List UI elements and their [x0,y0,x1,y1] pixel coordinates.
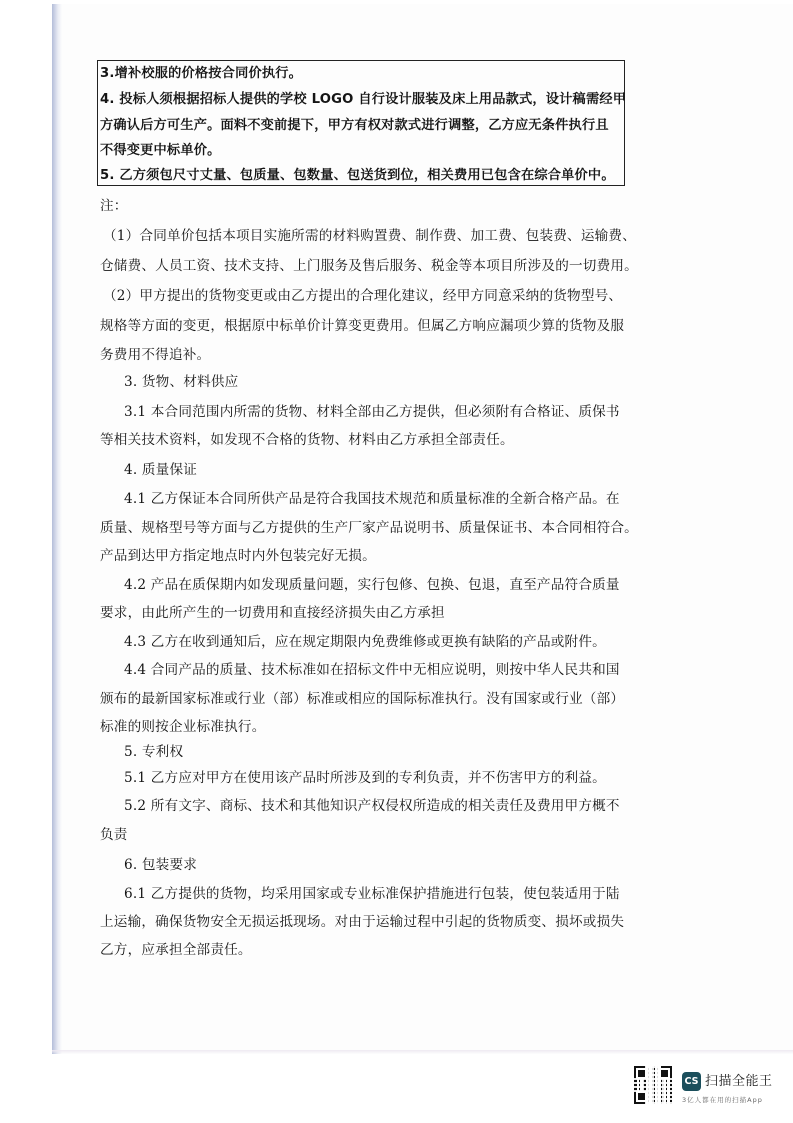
clause-4-1-line2: 质量、规格型号等方面与乙方提供的生产厂家产品说明书、质量保证书、本合同相符合。 [100,520,638,536]
notes-label: 注： [100,198,128,214]
boxed-clause-4-line3: 不得变更中标单价。 [100,143,221,159]
camscanner-watermark: CS 扫描全能王 3亿人都在用的扫描App [634,1066,784,1110]
camscanner-logo-icon: CS [682,1072,701,1091]
clause-4-2-line2: 要求，由此所产生的一切费用和直接经济损失由乙方承担 [100,605,445,621]
clause-4-2-line1: 4.2 产品在质保期内如发现质量问题，实行包修、包换、包退，直至产品符合质量 [124,577,620,593]
clause-5-1: 5.1 乙方应对甲方在使用该产品时所涉及到的专利负责，并不伤害甲方的利益。 [124,770,606,786]
note-2-line1: （2）甲方提出的货物变更或由乙方提出的合理化建议，经甲方同意采纳的货物型号、 [103,288,622,304]
clause-5-2-line1: 5.2 所有文字、商标、技术和其他知识产权侵权所造成的相关责任及费用甲方概不 [124,798,620,814]
clause-6-1-line3: 乙方，应承担全部责任。 [100,942,252,958]
section-3-title: 3. 货物、材料供应 [124,374,238,390]
clause-6-1-line1: 6.1 乙方提供的货物，均采用国家或专业标准保护措施进行包装，使包装适用于陆 [124,886,620,902]
clause-3-1-line2: 等相关技术资料，如发现不合格的货物、材料由乙方承担全部责任。 [100,432,514,448]
page-bottom-edge [52,1050,793,1054]
clause-3-1-line1: 3.1 本合同范围内所需的货物、材料全部由乙方提供，但必须附有合格证、质保书 [124,404,620,420]
note-1-line1: （1）合同单价包括本项目实施所需的材料购置费、制作费、加工费、包装费、运输费、 [103,228,636,244]
boxed-clause-4-line2: 方确认后方可生产。面料不变前提下，甲方有权对款式进行调整，乙方应无条件执行且 [100,118,609,134]
section-6-title: 6. 包装要求 [124,857,197,873]
clause-4-1-line1: 4.1 乙方保证本合同所供产品是符合我国技术规范和质量标准的全新合格产品。在 [124,491,620,507]
clause-4-4-line2: 颁布的最新国家标准或行业（部）标准或相应的国际标准执行。没有国家或行业（部） [100,691,624,707]
section-5-title: 5. 专利权 [124,744,183,760]
note-1-line2: 仓储费、人员工资、技术支持、上门服务及售后服务、税金等本项目所涉及的一切费用。 [100,258,638,274]
section-4-title: 4. 质量保证 [124,462,197,478]
clause-6-1-line2: 上运输，确保货物安全无损运抵现场。对由于运输过程中引起的货物质变、损坏或损失 [100,914,624,930]
boxed-clause-3: 3.增补校服的价格按合同价执行。 [100,66,302,82]
boxed-clause-4-line1: 4. 投标人须根据招标人提供的学校 LOGO 自行设计服装及床上用品款式，设计稿… [100,92,626,108]
app-name: 扫描全能王 [705,1072,773,1091]
qr-code-icon [634,1066,672,1104]
clause-4-4-line1: 4.4 合同产品的质量、技术标准如在招标文件中无相应说明，则按中华人民共和国 [124,662,620,678]
clause-5-2-line2: 负责 [100,827,128,843]
app-tagline: 3亿人都在用的扫描App [682,1096,763,1105]
clause-4-4-line3: 标准的则按企业标准执行。 [100,719,266,735]
page-edge-shadow [52,4,62,1054]
note-2-line2: 规格等方面的变更，根据原中标单价计算变更费用。但属乙方响应漏项少算的货物及服 [100,318,624,334]
clause-4-3: 4.3 乙方在收到通知后，应在规定期限内免费维修或更换有缺陷的产品或附件。 [124,634,606,650]
note-2-line3: 务费用不得追补。 [100,347,210,363]
clause-4-1-line3: 产品到达甲方指定地点时内外包装完好无损。 [100,548,376,564]
boxed-clause-5: 5. 乙方须包尺寸丈量、包质量、包数量、包送货到位，相关费用已包含在综合单价中。 [100,168,615,184]
